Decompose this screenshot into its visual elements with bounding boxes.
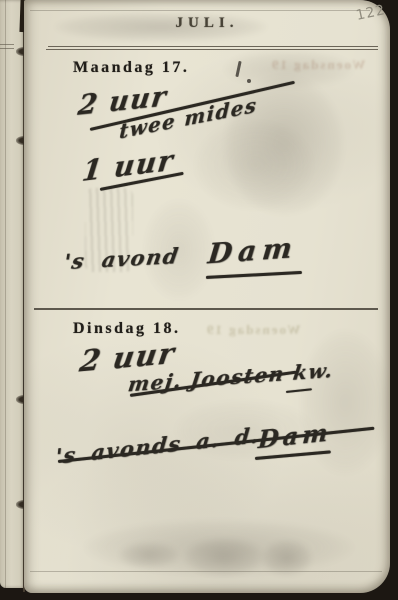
- ghost-print-tuesday: Woensdag 19: [205, 322, 300, 338]
- section-divider: [34, 308, 378, 310]
- underline-stroke: [286, 388, 312, 393]
- day-label-monday: Maandag 17.: [73, 59, 189, 77]
- handwriting-monday-evening: 's avond: [62, 243, 181, 274]
- handwriting-monday-time2: 1 uur: [80, 143, 176, 188]
- header-double-rule-bottom: [46, 49, 378, 50]
- page-edge-line: [5, 0, 6, 588]
- edge-rule-mark: [0, 48, 14, 49]
- smudge: [119, 542, 179, 568]
- edge-rule-mark: [0, 44, 14, 45]
- handwriting-tuesday-evening-struck: 's avonds a. d.: [54, 422, 261, 469]
- top-edge-rule: [30, 10, 370, 11]
- smudge: [84, 520, 354, 575]
- smudge: [194, 120, 314, 210]
- pen-mark: [247, 79, 251, 83]
- month-header: JULI.: [24, 15, 390, 32]
- handwriting-monday-place: Dam: [206, 231, 299, 271]
- pen-mark: [235, 61, 241, 77]
- diary-page-scan: JULI. 122 Maandag 17. Woensdag 19 2 uur …: [0, 0, 398, 600]
- header-double-rule-top: [48, 46, 378, 47]
- bottom-edge-rule: [30, 571, 382, 572]
- underline-stroke: [206, 271, 302, 279]
- diary-page: JULI. 122 Maandag 17. Woensdag 19 2 uur …: [24, 0, 390, 593]
- ghost-print-monday: Woensdag 19: [270, 57, 365, 73]
- day-label-tuesday: Dinsdag 18.: [73, 320, 181, 338]
